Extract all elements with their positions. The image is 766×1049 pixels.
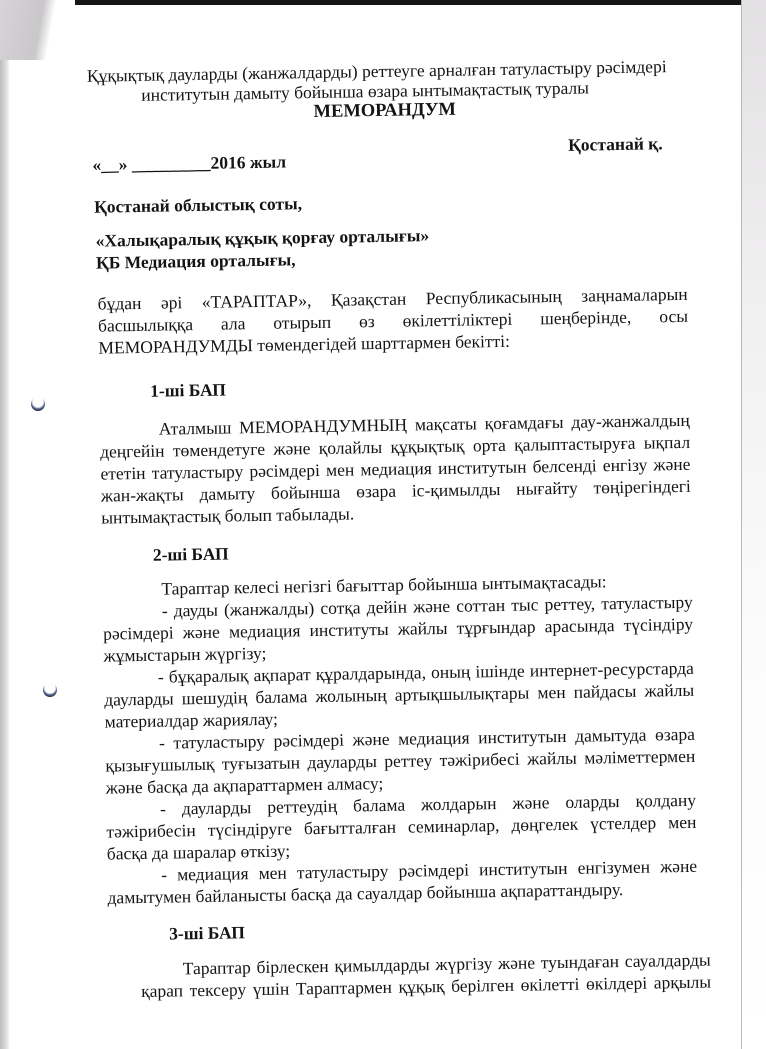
party-2-line-1: «Халықаралық құқық қорғау орталығы» bbox=[95, 225, 429, 251]
document-page: Құқықтық дауларды (жанжалдарды) реттеуге… bbox=[0, 0, 766, 1049]
place-label: Қостанай қ. bbox=[568, 133, 663, 155]
party-2-line-2: ҚБ Медиация орталығы, bbox=[96, 249, 296, 272]
section-3-heading: 3-ші БАП bbox=[169, 922, 245, 943]
section-2-heading: 2-ші БАП bbox=[153, 544, 229, 565]
date-line: «__» _________2016 жыл bbox=[92, 152, 286, 175]
party-1: Қостанай облыстық соты, bbox=[94, 193, 302, 216]
document-title: МЕМОРАНДУМ bbox=[313, 100, 456, 122]
section-1-heading: 1-ші БАП bbox=[150, 380, 226, 401]
